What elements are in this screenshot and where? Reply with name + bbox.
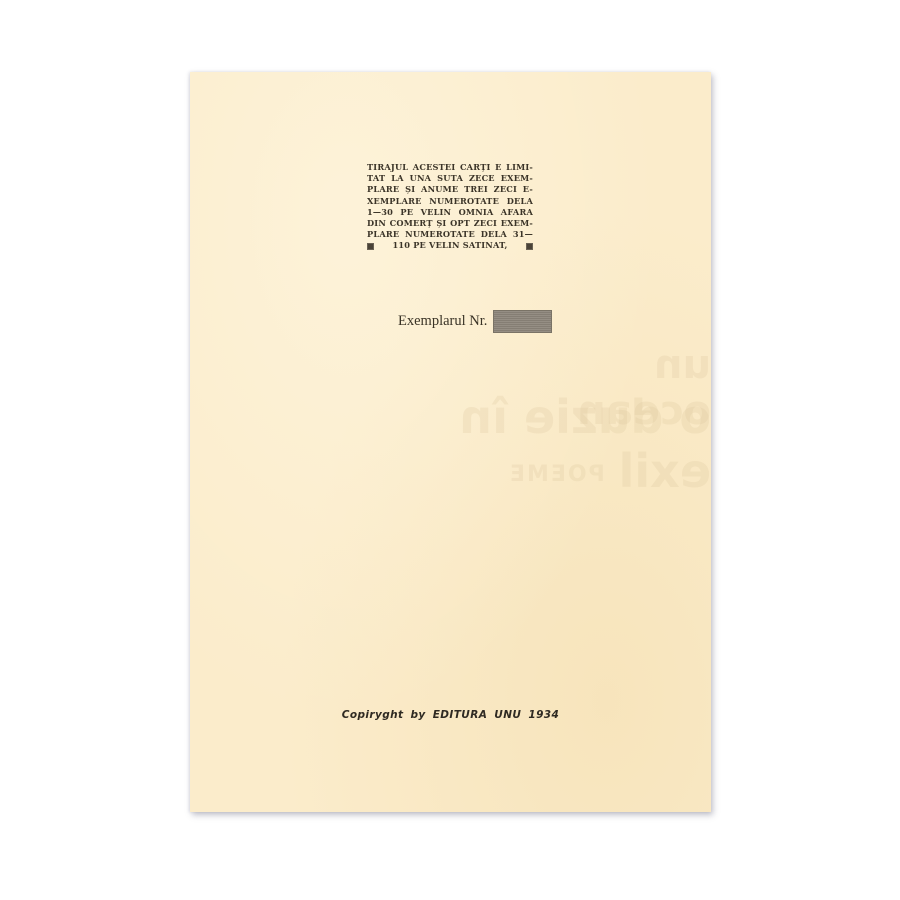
notice-line: 1—30 PE VELIN OMNIA AFARA [367, 207, 533, 218]
notice-line: 110 PE VELIN SATINAT, [392, 240, 507, 251]
notice-line: PLARE NUMEROTATE DELA 31— [367, 229, 533, 240]
exemplar-label: Exemplarul Nr. [398, 313, 487, 330]
notice-line: TAT LA UNA SUTA ZECE EXEM- [367, 173, 533, 184]
notice-line: XEMPLARE NUMEROTATE DELA [367, 196, 533, 207]
notice-line: PLARE ȘI ANUME TREI ZECI E- [367, 184, 533, 195]
copyright-line: Copiryght by EDITURA UNU 1934 [190, 709, 711, 721]
print-run-notice: TIRAJUL ACESTEI CARȚI E LIMI- TAT LA UNA… [367, 162, 533, 252]
notice-line: DIN COMERȚ ȘI OPT ZECI EXEM- [367, 218, 533, 229]
exemplar-number-box [493, 310, 552, 333]
notice-last-line: 110 PE VELIN SATINAT, [367, 240, 533, 251]
notice-line: TIRAJUL ACESTEI CARȚI E LIMI- [367, 162, 533, 173]
ornament-square-icon [526, 243, 533, 250]
document-page: un ocean o duzie în exil POEME TIRAJUL A… [190, 72, 711, 812]
ornament-square-icon [367, 243, 374, 250]
exemplar-number-row: Exemplarul Nr. [398, 310, 552, 333]
bleed-through-text-line3: POEME [508, 462, 605, 487]
